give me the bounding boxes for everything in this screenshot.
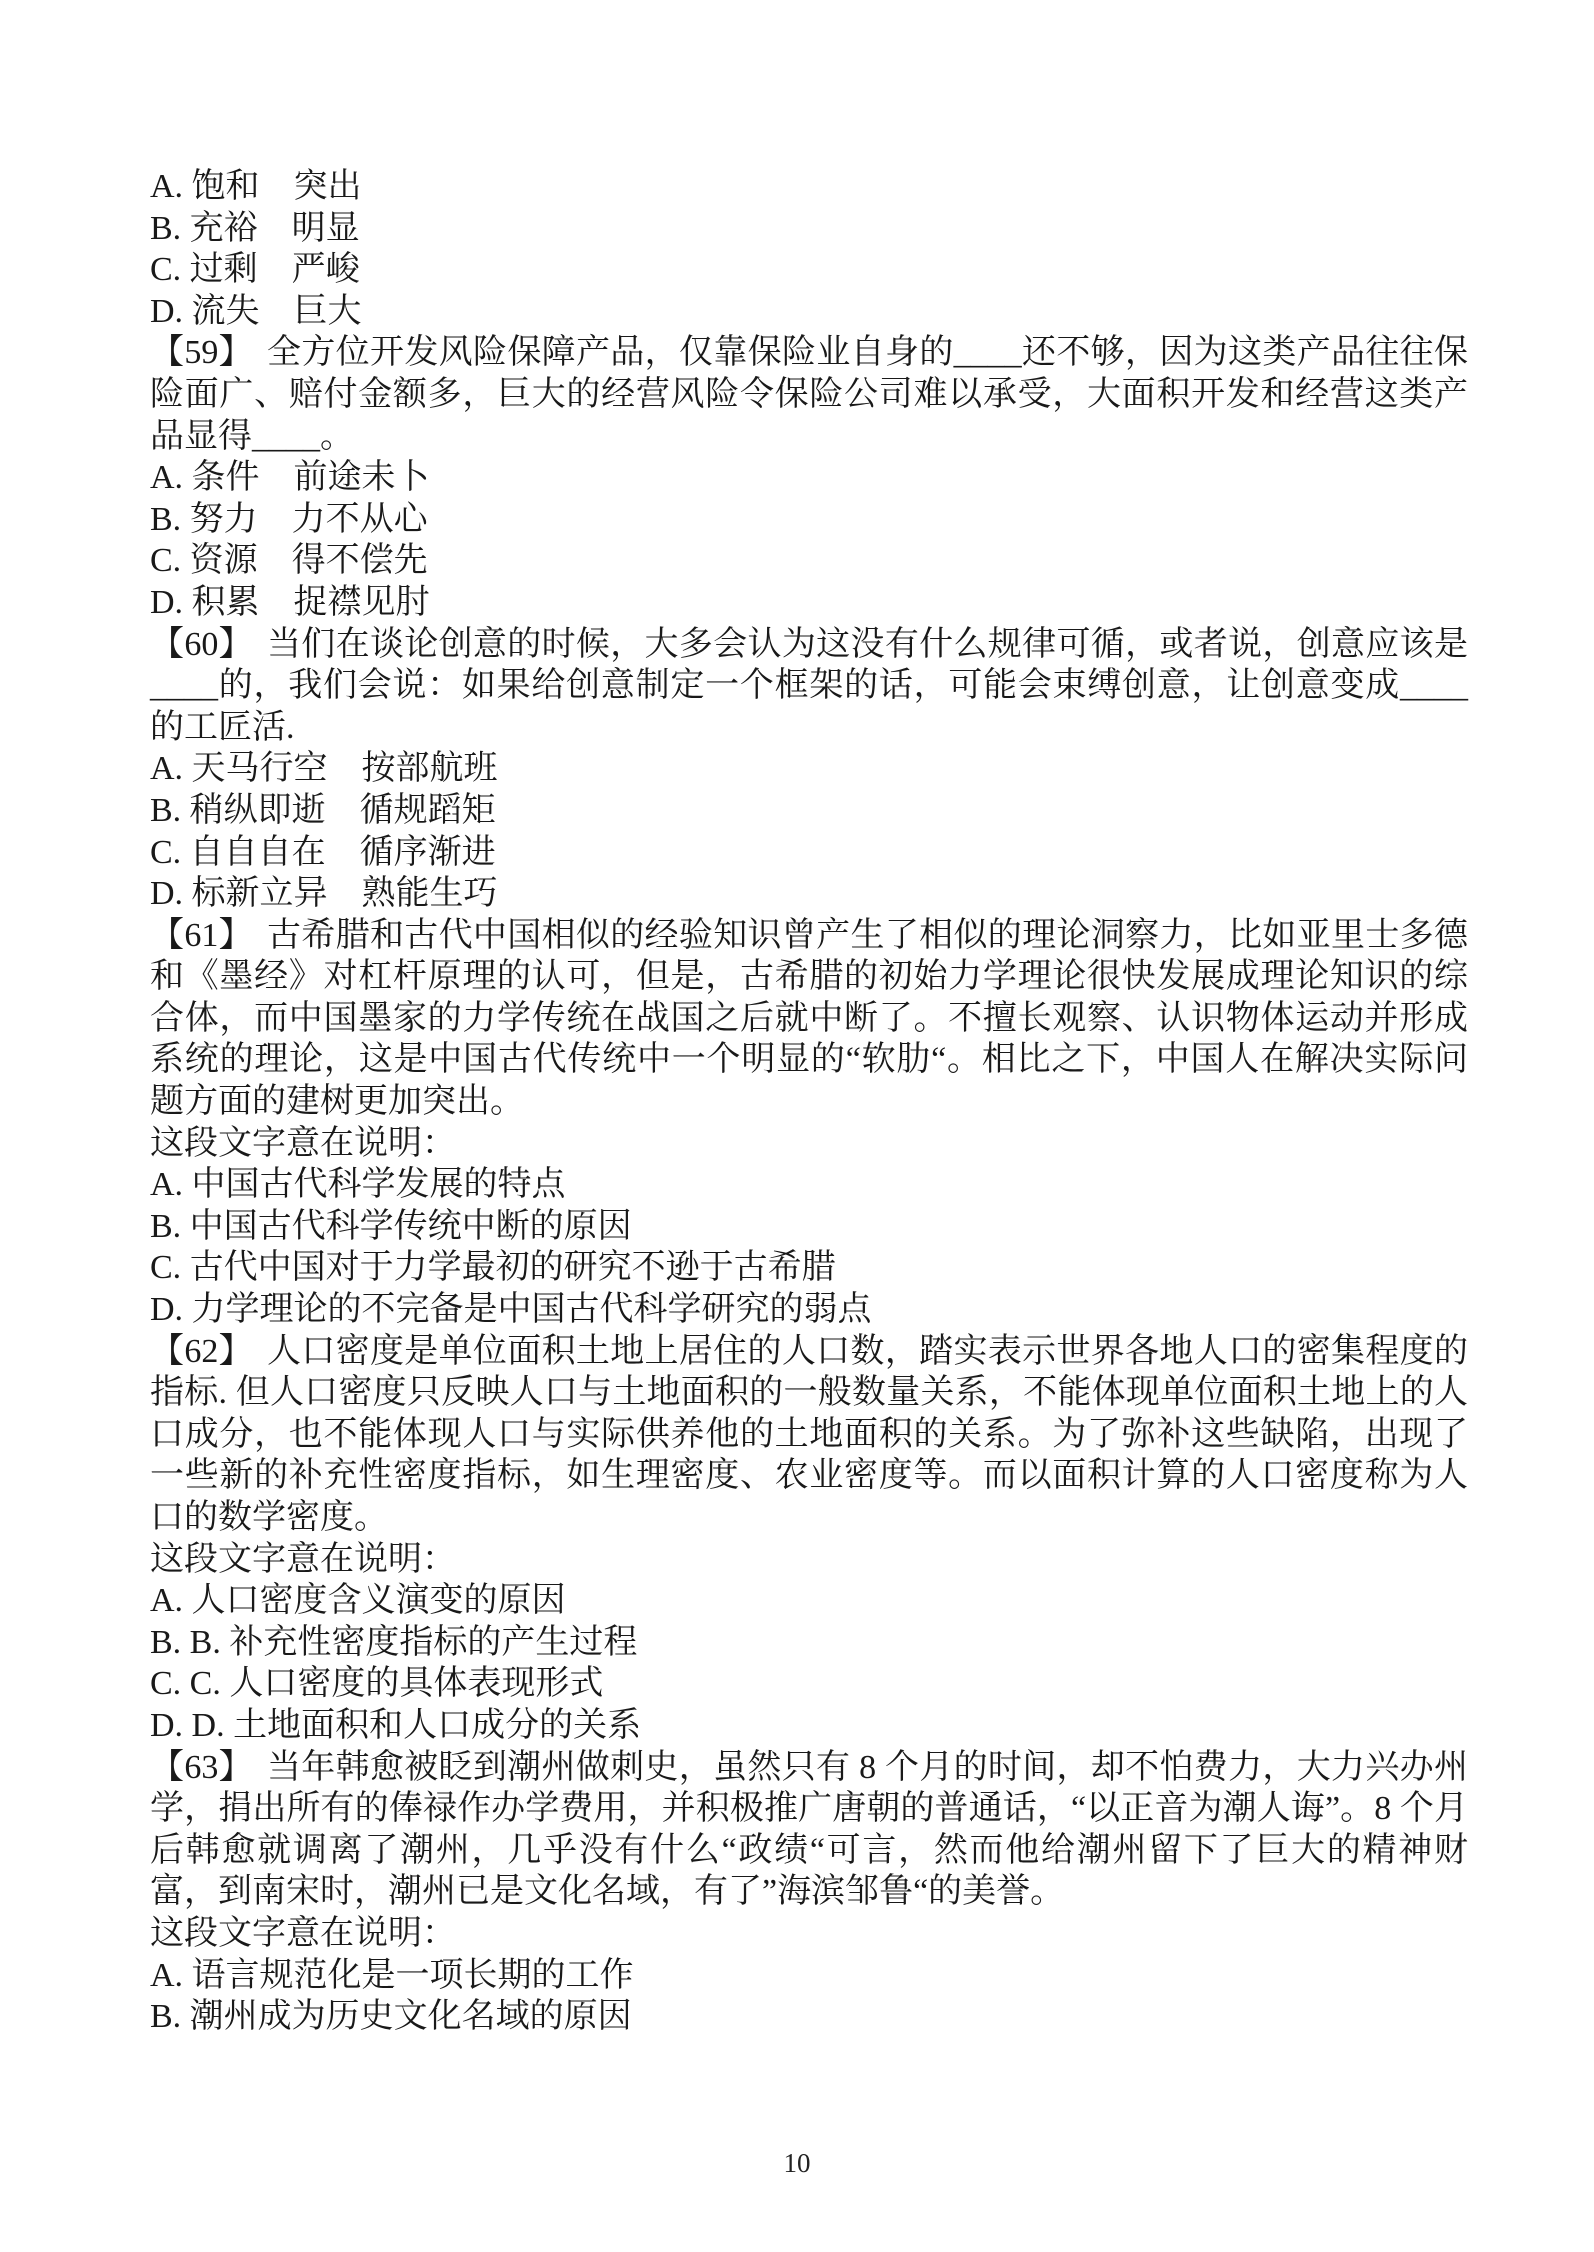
option-line: C. 自自自在 循序渐进 (150, 832, 1468, 874)
question-number: 【60】 (150, 626, 267, 663)
option-line: D. 标新立异 熟能生巧 (150, 873, 1468, 915)
question-text: 当们在谈论创意的时候，大多会认为这没有什么规律可循，或者说，创意应该是____的… (150, 626, 1468, 746)
option-line: B. 充裕 明显 (150, 208, 1468, 250)
option-line: A. 条件 前途未卜 (150, 457, 1468, 499)
question-text: 人口密度是单位面积土地上居住的人口数，踏实表示世界各地人口的密集程度的指标. 但… (150, 1333, 1468, 1536)
question-stem: 【62】人口密度是单位面积土地上居住的人口数，踏实表示世界各地人口的密集程度的指… (150, 1331, 1468, 1539)
option-line: B. B. 补充性密度指标的产生过程 (150, 1622, 1468, 1664)
option-line: B. 稍纵即逝 循规蹈矩 (150, 790, 1468, 832)
option-line: C. 资源 得不偿先 (150, 540, 1468, 582)
document-page: A. 饱和 突出B. 充裕 明显C. 过剩 严峻D. 流失 巨大【59】全方位开… (0, 0, 1594, 2252)
option-line: B. 潮州成为历史文化名域的原因 (150, 1996, 1468, 2038)
question-prompt: 这段文字意在说明： (150, 1123, 1468, 1165)
option-line: B. 努力 力不从心 (150, 499, 1468, 541)
option-line: C. 古代中国对于力学最初的研究不逊于古希腊 (150, 1247, 1468, 1289)
question-stem: 【60】当们在谈论创意的时候，大多会认为这没有什么规律可循，或者说，创意应该是_… (150, 624, 1468, 749)
option-line: A. 语言规范化是一项长期的工作 (150, 1955, 1468, 1997)
question-prompt: 这段文字意在说明： (150, 1913, 1468, 1955)
option-line: D. 流失 巨大 (150, 291, 1468, 333)
question-prompt: 这段文字意在说明： (150, 1539, 1468, 1581)
option-line: C. C. 人口密度的具体表现形式 (150, 1663, 1468, 1705)
option-line: D. 积累 捉襟见肘 (150, 582, 1468, 624)
option-line: A. 天马行空 按部航班 (150, 748, 1468, 790)
question-number: 【61】 (150, 917, 267, 954)
question-number: 【63】 (150, 1749, 267, 1786)
question-text: 古希腊和古代中国相似的经验知识曾产生了相似的理论洞察力，比如亚里士多德和《墨经》… (150, 917, 1468, 1120)
question-stem: 【59】全方位开发风险保障产品，仅靠保险业自身的____还不够，因为这类产品往往… (150, 332, 1468, 457)
question-stem: 【61】古希腊和古代中国相似的经验知识曾产生了相似的理论洞察力，比如亚里士多德和… (150, 915, 1468, 1123)
option-line: B. 中国古代科学传统中断的原因 (150, 1206, 1468, 1248)
option-line: C. 过剩 严峻 (150, 249, 1468, 291)
question-number: 【62】 (150, 1333, 267, 1370)
option-line: A. 饱和 突出 (150, 166, 1468, 208)
option-line: A. 人口密度含义演变的原因 (150, 1580, 1468, 1622)
option-line: D. D. 土地面积和人口成分的关系 (150, 1705, 1468, 1747)
question-text: 当年韩愈被眨到潮州做刺史，虽然只有 8 个月的时间，却不怕费力，大力兴办州学，捐… (150, 1749, 1468, 1911)
question-text: 全方位开发风险保障产品，仅靠保险业自身的____还不够，因为这类产品往往保险面广… (150, 334, 1468, 454)
option-line: D. 力学理论的不完备是中国古代科学研究的弱点 (150, 1289, 1468, 1331)
question-stem: 【63】当年韩愈被眨到潮州做刺史，虽然只有 8 个月的时间，却不怕费力，大力兴办… (150, 1747, 1468, 1913)
page-number: 10 (0, 2148, 1594, 2179)
option-line: A. 中国古代科学发展的特点 (150, 1164, 1468, 1206)
page-content: A. 饱和 突出B. 充裕 明显C. 过剩 严峻D. 流失 巨大【59】全方位开… (150, 166, 1468, 2038)
question-number: 【59】 (150, 334, 267, 371)
